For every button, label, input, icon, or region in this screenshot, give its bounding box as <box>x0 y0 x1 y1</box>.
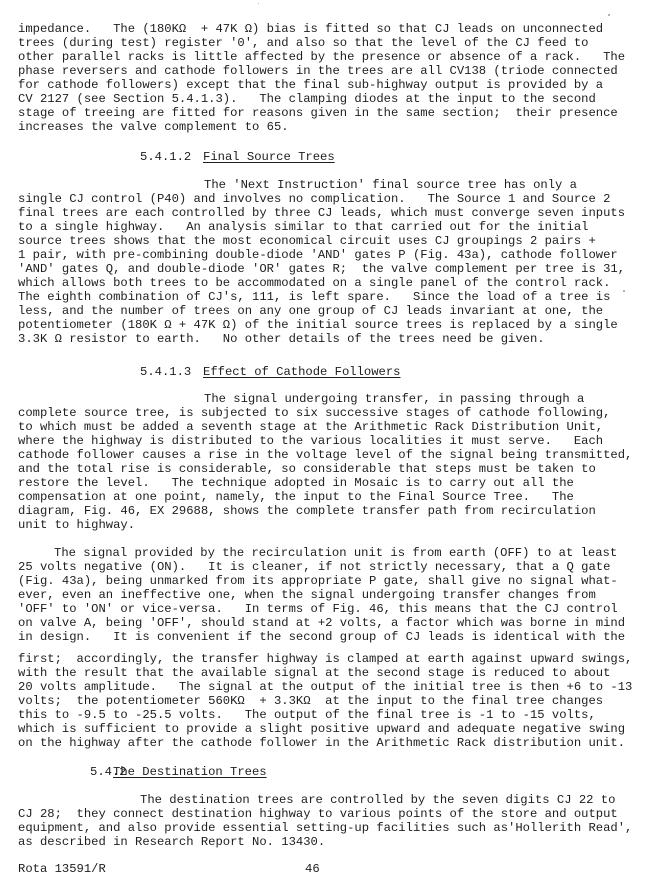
text-line: to a single highway. An analysis similar… <box>18 220 588 234</box>
section-heading-effect-of-cathode-followers: 5.4.1.3 Effect of Cathode Followers <box>140 365 460 379</box>
section-number: 5.4.1.3 <box>140 365 191 379</box>
section-title: Effect of Cathode Followers <box>203 365 400 379</box>
section-title: The Destination Trees <box>113 765 267 779</box>
text-line: first; accordingly, the transfer highway… <box>18 652 632 666</box>
text-line: diagram, Fig. 46, EX 29688, shows the co… <box>18 504 596 518</box>
section-heading-destination-trees: 5.4.2 The Destination Trees <box>90 765 350 779</box>
text-line: trees (during test) register '0', and al… <box>18 36 588 50</box>
text-line: 20 volts amplitude. The signal at the ou… <box>18 680 632 694</box>
text-line: unit to highway. <box>18 518 135 532</box>
text-line: single CJ control (P40) and involves no … <box>18 192 610 206</box>
text-line: ever, even an ineffective one, when the … <box>18 588 596 602</box>
text-line: which allows both trees to be accommodat… <box>18 276 610 290</box>
text-line: complete source tree, is subjected to si… <box>18 406 610 420</box>
text-line: phase reversers and cathode followers in… <box>18 64 618 78</box>
text-line: compensation at one point, namely, the i… <box>18 490 574 504</box>
document-page: impedance. The (180KΩ + 47K Ω) bias is f… <box>0 0 650 885</box>
section-title: Final Source Trees <box>203 150 335 164</box>
text-line: source trees shows that the most economi… <box>18 234 596 248</box>
text-line: which is sufficient to provide a slight … <box>18 722 625 736</box>
text-line: with the result that the available signa… <box>18 666 610 680</box>
text-line: 25 volts negative (ON). It is cleaner, i… <box>18 560 610 574</box>
text-line: The 'Next Instruction' final source tree… <box>204 178 577 192</box>
text-line: The destination trees are controlled by … <box>140 793 615 807</box>
text-line: less, and the number of trees on any one… <box>18 304 603 318</box>
section-number: 5.4.1.2 <box>140 150 191 164</box>
text-line: 'OFF' to 'ON' or vice-versa. In terms of… <box>18 602 618 616</box>
text-line: cathode follower causes a rise in the vo… <box>18 448 632 462</box>
text-line: equipment, and also provide essential se… <box>18 821 632 835</box>
text-line: The signal provided by the recirculation… <box>54 546 617 560</box>
text-line: restore the level. The technique adopted… <box>18 476 574 490</box>
text-line: where the highway is distributed to the … <box>18 434 603 448</box>
scan-speck <box>258 3 259 4</box>
text-line: for cathode followers) except that the f… <box>18 78 603 92</box>
text-line: volts; the potentiometer 560KΩ + 3.3KΩ a… <box>18 694 603 708</box>
section-heading-final-source-trees: 5.4.1.2 Final Source Trees <box>140 150 440 164</box>
text-line: potentiometer (180K Ω + 47K Ω) of the in… <box>18 318 618 332</box>
text-line: (Fig. 43a), being unmarked from its appr… <box>18 574 618 588</box>
text-line: impedance. The (180KΩ + 47K Ω) bias is f… <box>18 22 603 36</box>
text-line: 3.3K Ω resistor to earth. No other detai… <box>18 332 545 346</box>
text-line: CV 2127 (see Section 5.4.1.3). The clamp… <box>18 92 596 106</box>
text-line: as described in Research Report No. 1343… <box>18 835 325 849</box>
text-line: in design. It is convenient if the secon… <box>18 630 625 644</box>
text-line: final trees are each controlled by three… <box>18 206 625 220</box>
text-line: 1 pair, with pre-combining double-diode … <box>18 248 618 262</box>
footer-reference: Rota 13591/R <box>18 862 106 876</box>
scan-speck <box>608 14 610 16</box>
text-line: increases the valve complement to 65. <box>18 120 289 134</box>
page-number: 46 <box>305 862 320 876</box>
scan-speck <box>623 290 625 292</box>
text-line: and the total rise is considerable, so c… <box>18 462 596 476</box>
text-line: on valve A, being 'OFF', should stand at… <box>18 616 625 630</box>
text-line: 'AND' gates Q, and double-diode 'OR' gat… <box>18 262 625 276</box>
text-line: The signal undergoing transfer, in passi… <box>204 392 584 406</box>
text-line: to which must be added a seventh stage a… <box>18 420 603 434</box>
text-line: other parallel racks is little affected … <box>18 50 625 64</box>
text-line: stage of treeing are fitted for reasons … <box>18 106 618 120</box>
text-line: on the highway after the cathode followe… <box>18 736 625 750</box>
text-line: this to -9.5 to -25.5 volts. The output … <box>18 708 596 722</box>
text-line: CJ 28; they connect destination highway … <box>18 807 618 821</box>
text-line: The eighth combination of CJ's, 111, is … <box>18 290 610 304</box>
